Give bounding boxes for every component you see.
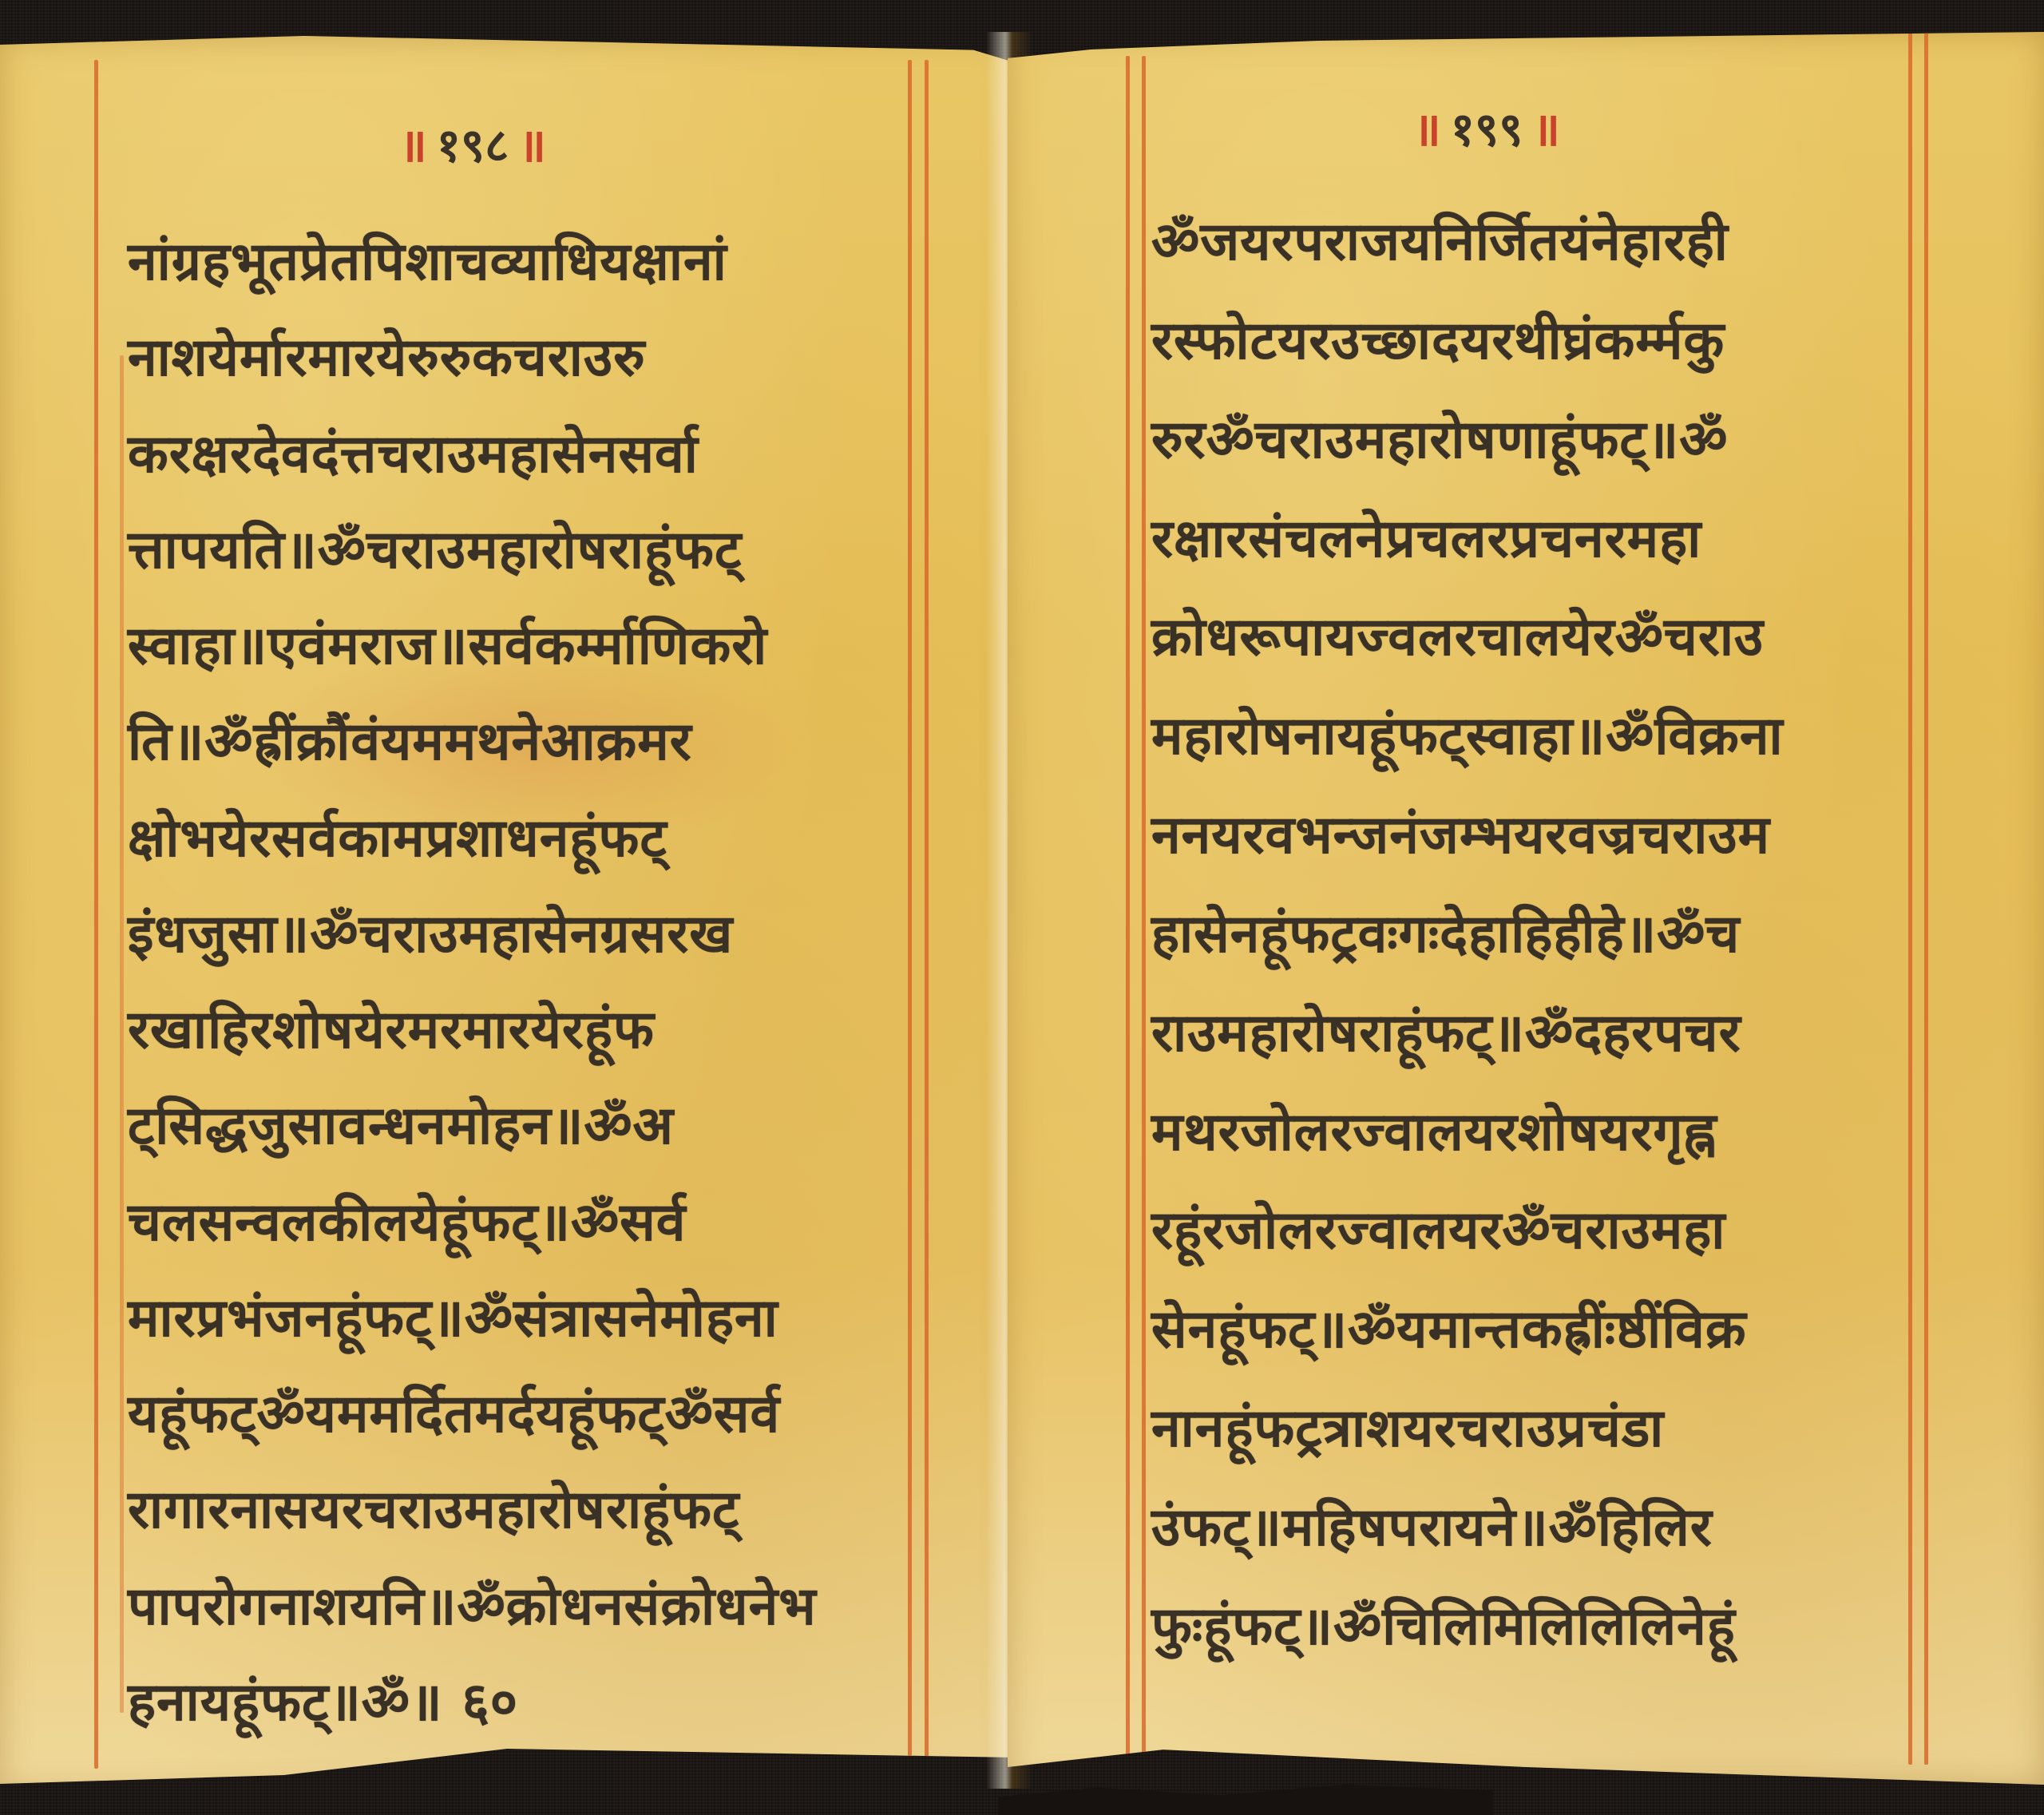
text-line: इंधजुसा॥ॐचराउमहासेनग्रसरख xyxy=(128,908,926,961)
text-line: नांग्रहभूतप्रेतपिशाचव्याधियक्षानां xyxy=(128,236,926,288)
text-line: ति॥ॐह्रींक्रौंवंयममथनेआक्रमर xyxy=(128,715,926,768)
text-line: पापरोगनाशयनि॥ॐक्रोधनसंक्रोधनेभ xyxy=(128,1580,926,1633)
left-margin-rule-outer xyxy=(94,60,98,1769)
text-line: ननयरवभन्जनंजम्भयरवज्रचराउम xyxy=(1151,809,1918,862)
text-line: राउमहारोषराहूंफट्॥ॐदहरपचर xyxy=(1151,1007,1918,1060)
left-page: ॥ १९८ ॥ नांग्रहभूतप्रेतपिशाचव्याधियक्षान… xyxy=(0,36,1014,1793)
folio-number-left: ॥ १९८ ॥ xyxy=(399,112,546,175)
text-line: नाशयेर्मारमारयेरुरुकचराउरु xyxy=(128,331,926,384)
text-line: मारप्रभंजनहूंफट्॥ॐसंत्रासनेमोहना xyxy=(128,1292,926,1345)
text-line: मथरजोलरज्वालयरशोषयरगृह्न xyxy=(1151,1106,1918,1159)
text-line: करक्षरदेवदंत्तचराउमहासेनसर्वा xyxy=(128,428,926,481)
folio-mark-before: ॥ xyxy=(1413,96,1441,159)
folio-mark-before: ॥ xyxy=(399,112,427,175)
manuscript-photo: ॥ १९८ ॥ नांग्रहभूतप्रेतपिशाचव्याधियक्षान… xyxy=(0,0,2044,1815)
text-line: स्वाहा॥एवंमराज॥सर्वकर्म्माणिकरो xyxy=(128,620,926,672)
text-line: हासेनहूंफट्रवःगःदेहाहिहीहे॥ॐच xyxy=(1151,908,1918,961)
text-line: रखाहिरशोषयेरमरमारयेरहूंफ xyxy=(128,1004,926,1056)
text-line: हनायहूंफट्॥ॐ॥ ६० xyxy=(128,1676,926,1729)
folio-number-text: १९८ xyxy=(437,112,509,175)
folio-number-text: १९९ xyxy=(1451,96,1523,159)
text-line: ट्सिद्धजुसावन्धनमोहन॥ॐअ xyxy=(128,1100,926,1152)
text-line: क्षोभयेरसर्वकामप्रशाधनहूंफट् xyxy=(128,812,926,865)
text-line: नानहूंफट्रत्राशयरचराउप्रचंडा xyxy=(1151,1402,1918,1455)
text-line: यहूंफट्ॐयममर्दितमर्दयहूंफट्ॐसर्व xyxy=(128,1388,926,1441)
left-margin-rule-inner xyxy=(120,355,124,1713)
text-line: ॐजयरपराजयनिर्जितयंनेहारही xyxy=(1151,216,1918,268)
folio-number-right: ॥ १९९ ॥ xyxy=(1413,96,1560,159)
right-page: ॥ १९९ ॥ ॐजयरपराजयनिर्जितयंनेहारही रस्फोट… xyxy=(1008,32,2044,1785)
text-line: महारोषनायहूंफट्स्वाहा॥ॐविक्रना xyxy=(1151,710,1918,763)
left-margin-rule-inner xyxy=(1142,56,1146,1765)
text-line: चलसन्वलकीलयेहूंफट्॥ॐसर्व xyxy=(128,1196,926,1249)
text-line: फुःहूंफट्॥ॐचिलिमिलिलिलिनेहूं xyxy=(1151,1600,1918,1653)
text-line: रुरॐचराउमहारोषणाहूंफट्॥ॐ xyxy=(1151,414,1918,466)
right-margin-rule-inner xyxy=(1924,32,1928,1765)
text-line: सेनहूंफट्॥ॐयमान्तकह्रींःष्ठींविक्र xyxy=(1151,1303,1918,1356)
folio-mark-after: ॥ xyxy=(1532,96,1560,159)
right-text-block: ॐजयरपराजयनिर्जितयंनेहारही रस्फोटयरउच्छाद… xyxy=(1151,216,1918,1653)
text-line: रस्फोटयरउच्छादयरथीघ्रंकर्म्मकु xyxy=(1151,315,1918,367)
left-margin-rule-outer xyxy=(1126,56,1130,1765)
text-line: क्रोधरूपायज्वलरचालयेरॐचराउ xyxy=(1151,611,1918,664)
text-line: उंफट्॥महिषपरायने॥ॐहिलिर xyxy=(1151,1501,1918,1554)
text-line: रक्षारसंचलनेप्रचलरप्रचनरमहा xyxy=(1151,513,1918,565)
torn-edge xyxy=(998,1785,1493,1815)
left-text-block: नांग्रहभूतप्रेतपिशाचव्याधियक्षानां नाशये… xyxy=(128,236,926,1729)
text-line: त्तापयति॥ॐचराउमहारोषराहूंफट् xyxy=(128,524,926,577)
text-line: रहूंरजोलरज्वालयरॐचराउमहा xyxy=(1151,1204,1918,1257)
text-line: रागारनासयरचराउमहारोषराहूंफट् xyxy=(128,1484,926,1536)
folio-mark-after: ॥ xyxy=(518,112,546,175)
